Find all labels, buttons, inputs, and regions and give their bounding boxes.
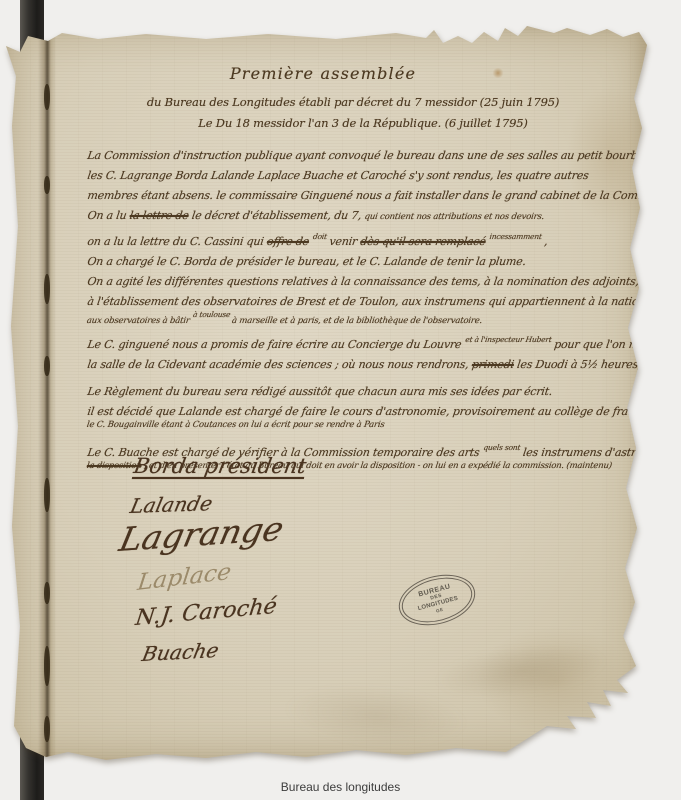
manuscript-page-wrap: Première assembléedu Bureau des Longitud…: [6, 26, 648, 762]
manuscript-line: aux observatoires à bâtir à toulouse à m…: [86, 309, 623, 327]
binding-stitch: [44, 274, 50, 304]
manuscript-line: du Bureau des Longitudes établi par décr…: [86, 95, 620, 109]
signature-n-j-caroch-: N.J. Caroché: [134, 594, 278, 631]
manuscript-page: Première assembléedu Bureau des Longitud…: [6, 26, 648, 762]
stamp-line: GE: [435, 607, 444, 614]
signatures: Borda présidentLalandeLagrangeLaplaceN.J…: [116, 454, 376, 694]
caption: Bureau des longitudes: [0, 780, 681, 794]
binding-stitch: [44, 84, 50, 110]
manuscript-line: Le C. ginguené nous a promis de faire éc…: [86, 330, 624, 355]
ink-bleedthrough: [434, 636, 609, 706]
binding-stitch: [44, 646, 50, 686]
binding-stitch: [44, 582, 50, 604]
stain: [476, 626, 636, 736]
manuscript-line: membres étant absens. le commissaire Gin…: [86, 186, 623, 206]
binding-stitch: [44, 176, 50, 194]
manuscript-line: Le Règlement du bureau sera rédigé aussi…: [86, 382, 623, 402]
stamp-line: BUREAU: [418, 583, 452, 599]
binding-stitch: [44, 356, 50, 376]
manuscript-line: La Commission d'instruction publique aya…: [86, 146, 623, 166]
archival-scan: Première assembléedu Bureau des Longitud…: [0, 0, 681, 800]
manuscript-line: Première assemblée: [86, 64, 620, 83]
binding-stitch: [44, 716, 50, 742]
signature-buache: Buache: [140, 638, 221, 666]
binding-stitch: [44, 478, 50, 512]
stamp-line: LONGITUDES: [417, 595, 459, 612]
stamp-line: DES: [430, 594, 443, 603]
manuscript-line: le C. Bougainville étant à Coutances on …: [86, 419, 622, 431]
manuscript-line: la salle de la Cidevant académie des sci…: [86, 355, 623, 375]
manuscript-text: Première assembléedu Bureau des Longitud…: [86, 64, 620, 475]
manuscript-line: Le Du 18 messidor l'an 3 de la Républiqu…: [86, 116, 620, 130]
manuscript-line: On a agité les différentes questions rel…: [86, 272, 623, 292]
signature-borda-pr-sident: Borda président: [132, 454, 308, 478]
manuscript-line: les C. Lagrange Borda Lalande Laplace Bu…: [86, 166, 623, 186]
manuscript-line: On a lu la lettre de le décret d'établis…: [86, 206, 623, 227]
bureau-des-longitudes-stamp: BUREAU DES LONGITUDES GE: [393, 567, 481, 634]
manuscript-line: on a lu la lettre du C. Cassini qui offr…: [86, 227, 624, 252]
signature-laplace: Laplace: [136, 559, 233, 596]
manuscript-line: On a chargé le C. Borda de présider le b…: [86, 252, 623, 272]
